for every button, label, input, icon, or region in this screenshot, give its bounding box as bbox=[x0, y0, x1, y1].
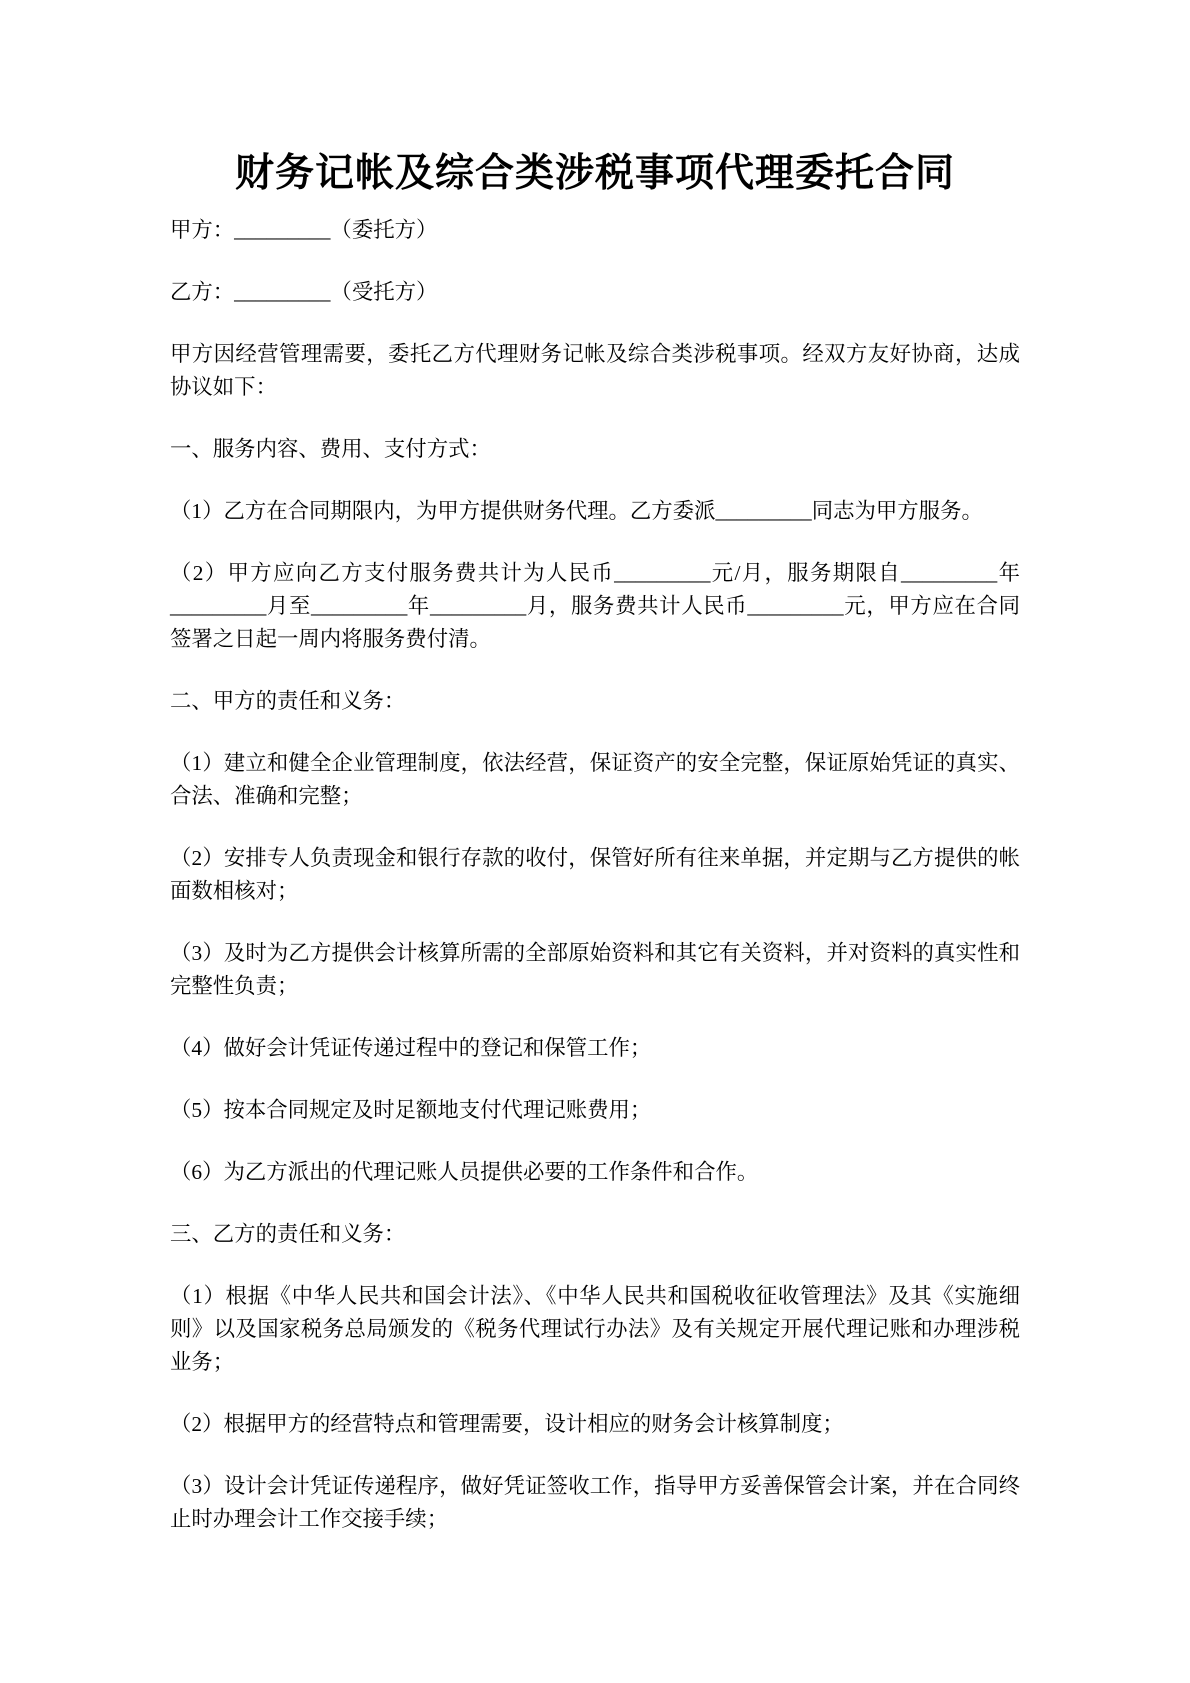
section-2-heading: 二、甲方的责任和义务： bbox=[170, 685, 1020, 718]
clause-2-2: （2）安排专人负责现金和银行存款的收付，保管好所有往来单据，并定期与乙方提供的帐… bbox=[170, 842, 1020, 908]
clause-2-5: （5）按本合同规定及时足额地支付代理记账费用； bbox=[170, 1094, 1020, 1127]
section-3-heading: 三、乙方的责任和义务： bbox=[170, 1218, 1020, 1251]
clause-3-1: （1）根据《中华人民共和国会计法》、《中华人民共和国税收征收管理法》及其《实施细… bbox=[170, 1280, 1020, 1379]
clause-2-1: （1）建立和健全企业管理制度，依法经营，保证资产的安全完整，保证原始凭证的真实、… bbox=[170, 747, 1020, 813]
clause-3-3: （3）设计会计凭证传递程序，做好凭证签收工作，指导甲方妥善保管会计案，并在合同终… bbox=[170, 1470, 1020, 1536]
party-b-line: 乙方：_________（受托方） bbox=[170, 276, 1020, 309]
preamble: 甲方因经营管理需要，委托乙方代理财务记帐及综合类涉税事项。经双方友好协商，达成协… bbox=[170, 338, 1020, 404]
clause-1-1: （1）乙方在合同期限内，为甲方提供财务代理。乙方委派_________同志为甲方… bbox=[170, 495, 1020, 528]
clause-1-2: （2）甲方应向乙方支付服务费共计为人民币_________元/月，服务期限自__… bbox=[170, 557, 1020, 656]
clause-2-3: （3）及时为乙方提供会计核算所需的全部原始资料和其它有关资料，并对资料的真实性和… bbox=[170, 937, 1020, 1003]
clause-3-2: （2）根据甲方的经营特点和管理需要，设计相应的财务会计核算制度； bbox=[170, 1408, 1020, 1441]
clause-2-6: （6）为乙方派出的代理记账人员提供必要的工作条件和合作。 bbox=[170, 1156, 1020, 1189]
contract-document-page: 财务记帐及综合类涉税事项代理委托合同 甲方：_________（委托方） 乙方：… bbox=[0, 0, 1190, 1683]
party-a-line: 甲方：_________（委托方） bbox=[170, 214, 1020, 247]
document-title: 财务记帐及综合类涉税事项代理委托合同 bbox=[170, 148, 1020, 200]
clause-2-4: （4）做好会计凭证传递过程中的登记和保管工作； bbox=[170, 1032, 1020, 1065]
section-1-heading: 一、服务内容、费用、支付方式： bbox=[170, 433, 1020, 466]
